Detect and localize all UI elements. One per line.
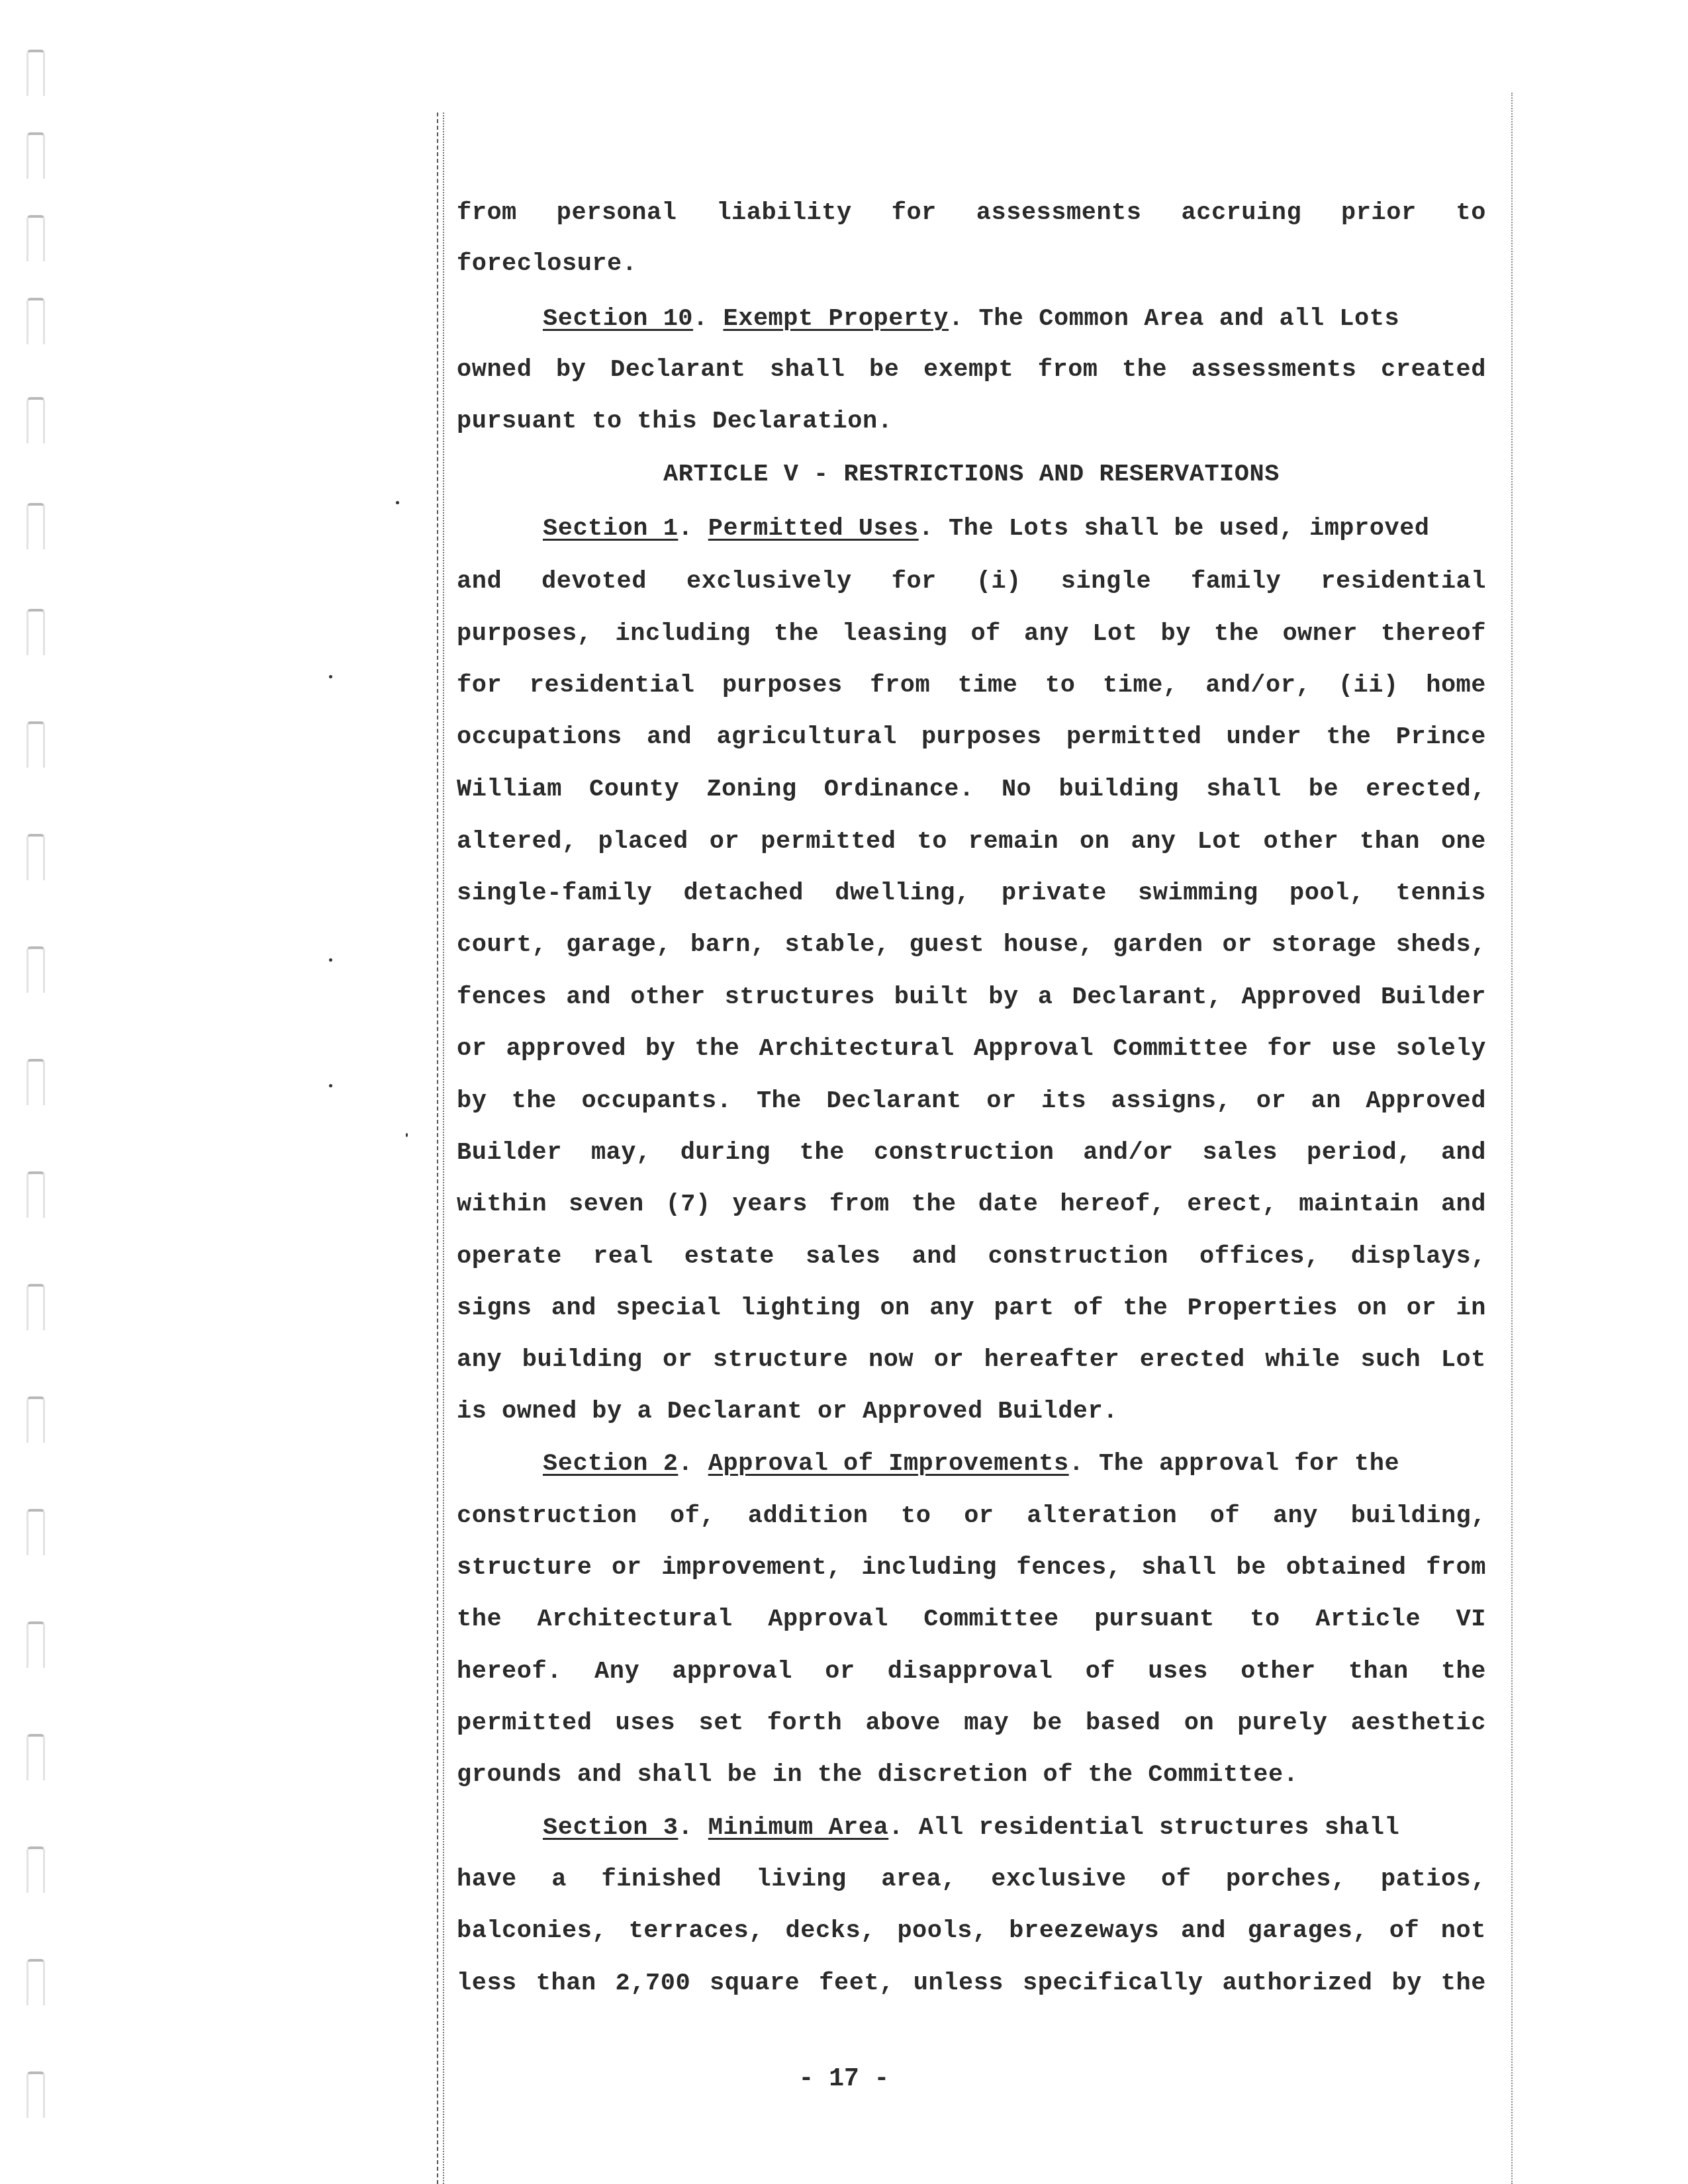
- section-title: Minimum Area: [708, 1814, 888, 1842]
- body-text-line: grounds and shall be in the discretion o…: [457, 1760, 1486, 1790]
- binder-hole-mark: [26, 946, 45, 993]
- section-title: Approval of Improvements: [708, 1450, 1069, 1478]
- page-number: - 17 -: [0, 2065, 1688, 2093]
- body-text-line: operate real estate sales and constructi…: [457, 1242, 1486, 1271]
- section-heading-line: Section 3. Minimum Area. All residential…: [457, 1813, 1486, 1843]
- section-heading-line: Section 10. Exempt Property. The Common …: [457, 304, 1486, 334]
- body-text-line: have a finished living area, exclusive o…: [457, 1865, 1486, 1894]
- body-text-line: or approved by the Architectural Approva…: [457, 1034, 1486, 1064]
- section-number: Section 3: [543, 1814, 678, 1842]
- scan-speck: [406, 1133, 408, 1137]
- body-text-line: the Architectural Approval Committee pur…: [457, 1605, 1486, 1634]
- binder-hole-mark: [26, 1734, 45, 1780]
- section-number: Section 1: [543, 515, 678, 543]
- body-text-line: any building or structure now or hereaft…: [457, 1345, 1486, 1375]
- section-title: Exempt Property: [723, 305, 949, 333]
- binder-hole-mark: [26, 215, 45, 261]
- section-text: All residential structures shall: [919, 1814, 1400, 1842]
- body-text-line: structure or improvement, including fenc…: [457, 1553, 1486, 1582]
- section-text: The Lots shall be used, improved: [949, 515, 1430, 543]
- section-number: Section 10: [543, 305, 693, 333]
- binder-hole-mark: [26, 1171, 45, 1218]
- binder-hole-mark: [26, 397, 45, 443]
- binder-hole-mark: [26, 1396, 45, 1443]
- body-text-line: signs and special lighting on any part o…: [457, 1294, 1486, 1323]
- body-text-line: fences and other structures built by a D…: [457, 983, 1486, 1012]
- binder-holes: [26, 0, 53, 2184]
- binder-hole-mark: [26, 609, 45, 655]
- binder-hole-mark: [26, 132, 45, 179]
- section-title: Permitted Uses: [708, 515, 919, 543]
- section-number: Section 2: [543, 1450, 678, 1478]
- body-text-line: and devoted exclusively for (i) single f…: [457, 567, 1486, 596]
- scan-speck: [329, 1084, 332, 1087]
- body-text-line: within seven (7) years from the date her…: [457, 1190, 1486, 1219]
- body-text-line: by the occupants. The Declarant or its a…: [457, 1087, 1486, 1116]
- binder-hole-mark: [26, 1621, 45, 1668]
- binder-hole-mark: [26, 721, 45, 768]
- scan-speck: [396, 501, 399, 504]
- body-text-line: is owned by a Declarant or Approved Buil…: [457, 1397, 1486, 1426]
- binder-hole-mark: [26, 1959, 45, 2005]
- body-text-line: altered, placed or permitted to remain o…: [457, 827, 1486, 856]
- binder-hole-mark: [26, 1284, 45, 1330]
- body-text-line: hereof. Any approval or disapproval of u…: [457, 1657, 1486, 1686]
- section-text: The approval for the: [1099, 1450, 1399, 1478]
- binder-hole-mark: [26, 1059, 45, 1105]
- binder-hole-mark: [26, 298, 45, 344]
- body-text-line: foreclosure.: [457, 250, 1486, 279]
- scan-speck: [329, 675, 332, 678]
- body-text-line: for residential purposes from time to ti…: [457, 671, 1486, 700]
- body-text-line: less than 2,700 square feet, unless spec…: [457, 1969, 1486, 1998]
- body-text-line: purposes, including the leasing of any L…: [457, 619, 1486, 649]
- body-text-line: William County Zoning Ordinance. No buil…: [457, 775, 1486, 804]
- left-margin-scan-line: [437, 113, 438, 2184]
- right-margin-scan-line: [1511, 93, 1513, 2184]
- binder-hole-mark: [26, 503, 45, 549]
- binder-hole-mark: [26, 834, 45, 880]
- body-text-line: construction of, addition to or alterati…: [457, 1502, 1486, 1531]
- section-heading-line: Section 2. Approval of Improvements. The…: [457, 1449, 1486, 1479]
- binder-hole-mark: [26, 50, 45, 96]
- section-heading-line: Section 1. Permitted Uses. The Lots shal…: [457, 514, 1486, 543]
- binder-hole-mark: [26, 1846, 45, 1893]
- scan-speck: [329, 958, 332, 962]
- left-margin-scan-line-inner: [443, 113, 444, 2184]
- body-text-line: court, garage, barn, stable, guest house…: [457, 931, 1486, 960]
- section-text: The Common Area and all Lots: [978, 305, 1399, 333]
- body-text-line: from personal liability for assessments …: [457, 199, 1486, 228]
- article-heading: ARTICLE V - RESTRICTIONS AND RESERVATION…: [457, 460, 1486, 489]
- body-text-line: occupations and agricultural purposes pe…: [457, 723, 1486, 752]
- body-text-line: permitted uses set forth above may be ba…: [457, 1709, 1486, 1738]
- binder-hole-mark: [26, 1509, 45, 1555]
- body-text-line: balconies, terraces, decks, pools, breez…: [457, 1917, 1486, 1946]
- body-text-line: owned by Declarant shall be exempt from …: [457, 355, 1486, 385]
- body-text-line: Builder may, during the construction and…: [457, 1138, 1486, 1167]
- body-text-line: pursuant to this Declaration.: [457, 407, 1486, 436]
- body-text-line: single-family detached dwelling, private…: [457, 879, 1486, 908]
